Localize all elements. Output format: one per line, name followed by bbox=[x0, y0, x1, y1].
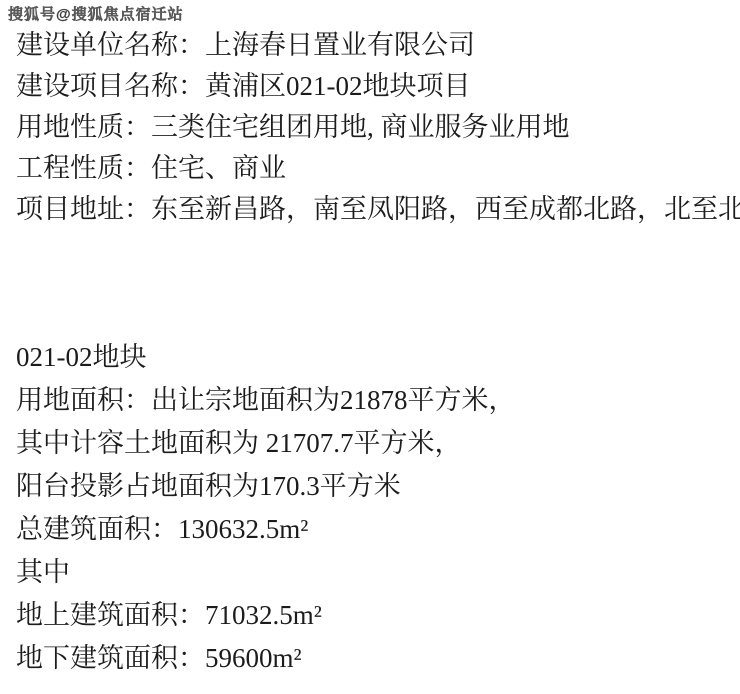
line-below-ground-area: 地下建筑面积：59600m² bbox=[16, 637, 732, 680]
line-plot-ratio-land-area: 其中计容土地面积为 21707.7平方米， bbox=[16, 422, 732, 465]
line-among-which: 其中 bbox=[16, 551, 732, 594]
sohu-watermark: 搜狐号@搜狐焦点宿迁站 bbox=[8, 3, 184, 24]
line-land-use: 用地性质：三类住宅组团用地, 商业服务业用地 bbox=[16, 107, 732, 148]
project-info-section: 建设单位名称：上海春日置业有限公司 建设项目名称：黄浦区021-02地块项目 用… bbox=[16, 25, 732, 230]
line-project-address: 项目地址：东至新昌路，南至凤阳路，西至成都北路，北至北京西路 bbox=[16, 189, 732, 230]
plot-info-section: 021-02地块 用地面积：出让宗地面积为21878平方米， 其中计容土地面积为… bbox=[16, 336, 732, 680]
line-project-type: 工程性质：住宅、商业 bbox=[16, 148, 732, 189]
line-project-name: 建设项目名称：黄浦区021-02地块项目 bbox=[16, 66, 732, 107]
line-above-ground-area: 地上建筑面积：71032.5m² bbox=[16, 594, 732, 637]
line-land-area: 用地面积：出让宗地面积为21878平方米， bbox=[16, 379, 732, 422]
line-construction-unit: 建设单位名称：上海春日置业有限公司 bbox=[16, 25, 732, 66]
line-plot-id: 021-02地块 bbox=[16, 336, 732, 379]
document-body: 建设单位名称：上海春日置业有限公司 建设项目名称：黄浦区021-02地块项目 用… bbox=[16, 25, 732, 680]
line-balcony-projection-area: 阳台投影占地面积为170.3平方米 bbox=[16, 465, 732, 508]
line-total-floor-area: 总建筑面积：130632.5m² bbox=[16, 508, 732, 551]
